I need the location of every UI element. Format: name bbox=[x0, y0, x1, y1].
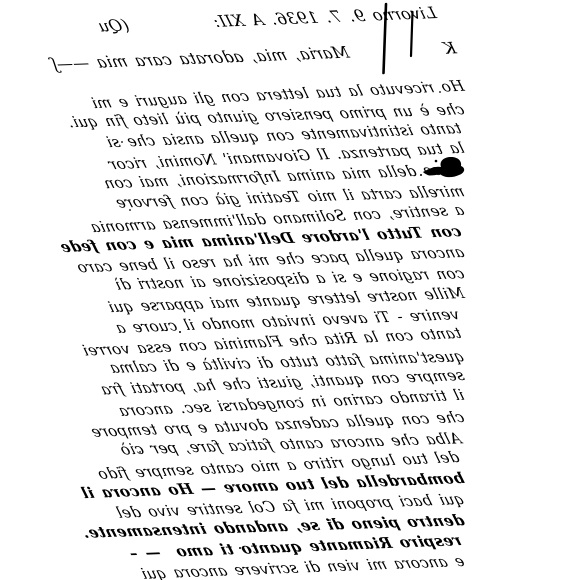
ink-blot-speck bbox=[420, 174, 422, 176]
scanned-letter-page: Livorno 9. 7. 1936. A XII:(Qu KMaria, mi… bbox=[0, 0, 580, 580]
ink-blot bbox=[423, 157, 464, 177]
pen-stroke-vertical-short bbox=[411, 12, 413, 56]
ink-blot-speck bbox=[435, 160, 438, 163]
scan-specks bbox=[121, 91, 441, 549]
pen-stroke-vertical-long bbox=[384, 4, 387, 73]
ink-marks-overlay bbox=[0, 0, 580, 580]
